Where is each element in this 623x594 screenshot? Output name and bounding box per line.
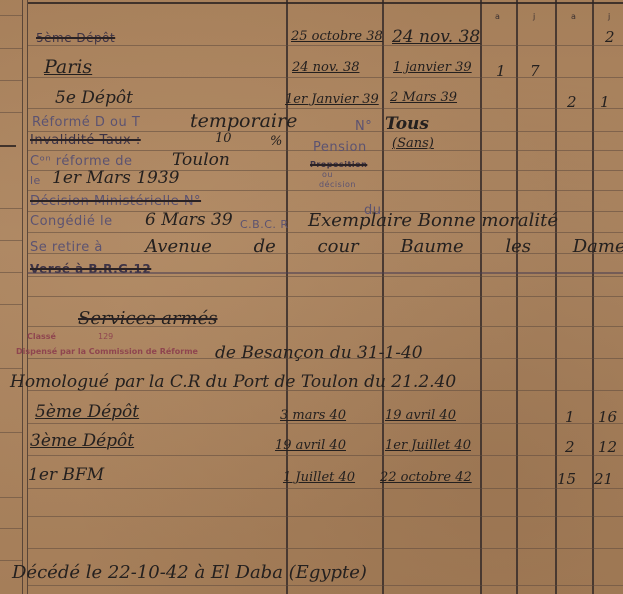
column-rule <box>592 0 594 594</box>
margin-rule <box>0 208 22 209</box>
cbc-label: C.B.C. R <box>240 218 289 231</box>
column-tick: j <box>533 12 535 21</box>
column-tick: a <box>571 12 576 21</box>
service-unit: 5ème Dépôt <box>36 31 115 45</box>
margin-rule <box>0 15 22 16</box>
commission-label: Cᵒⁿ réforme de <box>30 154 133 169</box>
row-rule <box>28 548 623 549</box>
service-unit: Paris <box>44 56 92 78</box>
service-from: 3 mars 40 <box>280 408 346 423</box>
margin-rule <box>0 368 22 369</box>
stamp-number: 129 <box>98 332 113 341</box>
margin-rule <box>0 48 22 49</box>
service-c4: 2 <box>605 28 615 46</box>
service-c1: 1 <box>496 62 506 80</box>
column-rule <box>22 0 23 594</box>
retire-value: Avenue de cour Baume les Dames (Doubs) <box>145 236 623 257</box>
pension-label: Pension <box>313 140 367 155</box>
reforme-value: temporaire <box>190 110 297 132</box>
column-rule <box>555 0 557 594</box>
margin-rule <box>0 272 22 273</box>
ou-label: ou <box>322 170 333 179</box>
service-c4: 21 <box>594 470 613 488</box>
row-rule <box>28 455 623 456</box>
section-divider <box>28 272 623 274</box>
service-c3: 15 <box>557 470 576 488</box>
service-to: 2 Mars 39 <box>390 90 457 105</box>
column-rule <box>480 0 482 594</box>
row-rule <box>28 488 623 489</box>
column-tick: a <box>495 12 500 21</box>
commission-value: Toulon <box>172 150 230 170</box>
decision-label: décision <box>319 180 356 189</box>
service-c2: 7 <box>530 62 540 80</box>
row-rule <box>28 108 623 109</box>
column-rule <box>286 0 288 594</box>
row-rule <box>28 232 623 233</box>
conge-label: Congédié le <box>30 214 113 229</box>
reforme-label: Réformé D ou T <box>32 115 140 130</box>
column-rule <box>516 0 518 594</box>
margin-rule <box>0 304 22 305</box>
services-title: Services armés <box>78 308 218 329</box>
proposition-label: Proposition <box>310 160 367 169</box>
margin-rule <box>0 240 22 241</box>
service-to: 1 janvier 39 <box>393 60 472 75</box>
certificat-value: Exemplaire Bonne moralité <box>308 210 558 231</box>
margin-rule <box>0 80 22 81</box>
row-rule <box>28 45 623 46</box>
invalidite-value: 10 <box>215 131 232 146</box>
service-c3: 2 <box>565 438 575 456</box>
row-rule <box>28 276 623 277</box>
row-rule <box>28 190 623 191</box>
row-rule <box>28 423 623 424</box>
le-value: 1er Mars 1939 <box>52 168 179 188</box>
besancon-note: de Besançon du 31-1-40 <box>215 343 423 363</box>
death-note: Décédé le 22-10-42 à El Daba (Egypte) <box>12 562 367 583</box>
service-to: 24 nov. 38 <box>392 27 480 47</box>
service-to: 22 octobre 42 <box>380 470 472 485</box>
invalidite-unit: % <box>270 134 282 149</box>
homologue-note: Homologué par la C.R du Port de Toulon d… <box>10 372 456 392</box>
service-unit: 3ème Dépôt <box>30 431 134 451</box>
service-from: 1 Juillet 40 <box>283 470 355 485</box>
service-unit: 1er BFM <box>28 465 104 485</box>
pension-value: (Sans) <box>392 136 434 151</box>
column-rule <box>382 0 384 594</box>
service-to: 19 avril 40 <box>385 408 456 423</box>
decision-ministerielle-label: Décision Ministérielle N° <box>30 194 201 209</box>
service-c4: 16 <box>598 408 617 426</box>
record-card: a j a j 5ème Dépôt 25 octobre 38 24 nov.… <box>0 0 623 594</box>
conge-value: 6 Mars 39 <box>145 210 233 230</box>
service-c4: 1 <box>600 93 610 111</box>
margin-rule <box>0 497 22 498</box>
service-from: 19 avril 40 <box>275 438 346 453</box>
retire-label: Se retire à <box>30 240 103 255</box>
service-from: 25 octobre 38 <box>291 29 383 44</box>
row-rule <box>28 131 623 132</box>
margin-rule <box>0 560 22 561</box>
service-unit: 5ème Dépôt <box>35 402 139 422</box>
no-value: Tous <box>385 114 429 134</box>
row-rule <box>28 516 623 517</box>
margin-rule <box>0 145 16 147</box>
margin-rule <box>0 528 22 529</box>
service-from: 24 nov. 38 <box>292 60 359 75</box>
top-rule <box>28 2 623 4</box>
column-tick: j <box>608 12 610 21</box>
column-rule <box>27 0 28 594</box>
service-unit: 5e Dépôt <box>55 88 133 108</box>
service-c4: 12 <box>598 438 617 456</box>
le-label: le <box>30 174 41 187</box>
service-to: 1er Juillet 40 <box>385 438 471 453</box>
invalidite-label: Invalidité Taux : <box>30 133 141 148</box>
stamp-commission: Dispensé par la Commission de Réforme <box>16 347 198 356</box>
row-rule <box>28 296 623 297</box>
margin-rule <box>0 112 22 113</box>
margin-rule <box>0 432 22 433</box>
service-c3: 1 <box>565 408 575 426</box>
service-c3: 2 <box>567 93 577 111</box>
row-rule <box>28 585 623 586</box>
service-from: 1er Janvier 39 <box>285 92 379 107</box>
stamp-classe: Classé <box>27 332 56 341</box>
no-label: N° <box>355 119 372 134</box>
